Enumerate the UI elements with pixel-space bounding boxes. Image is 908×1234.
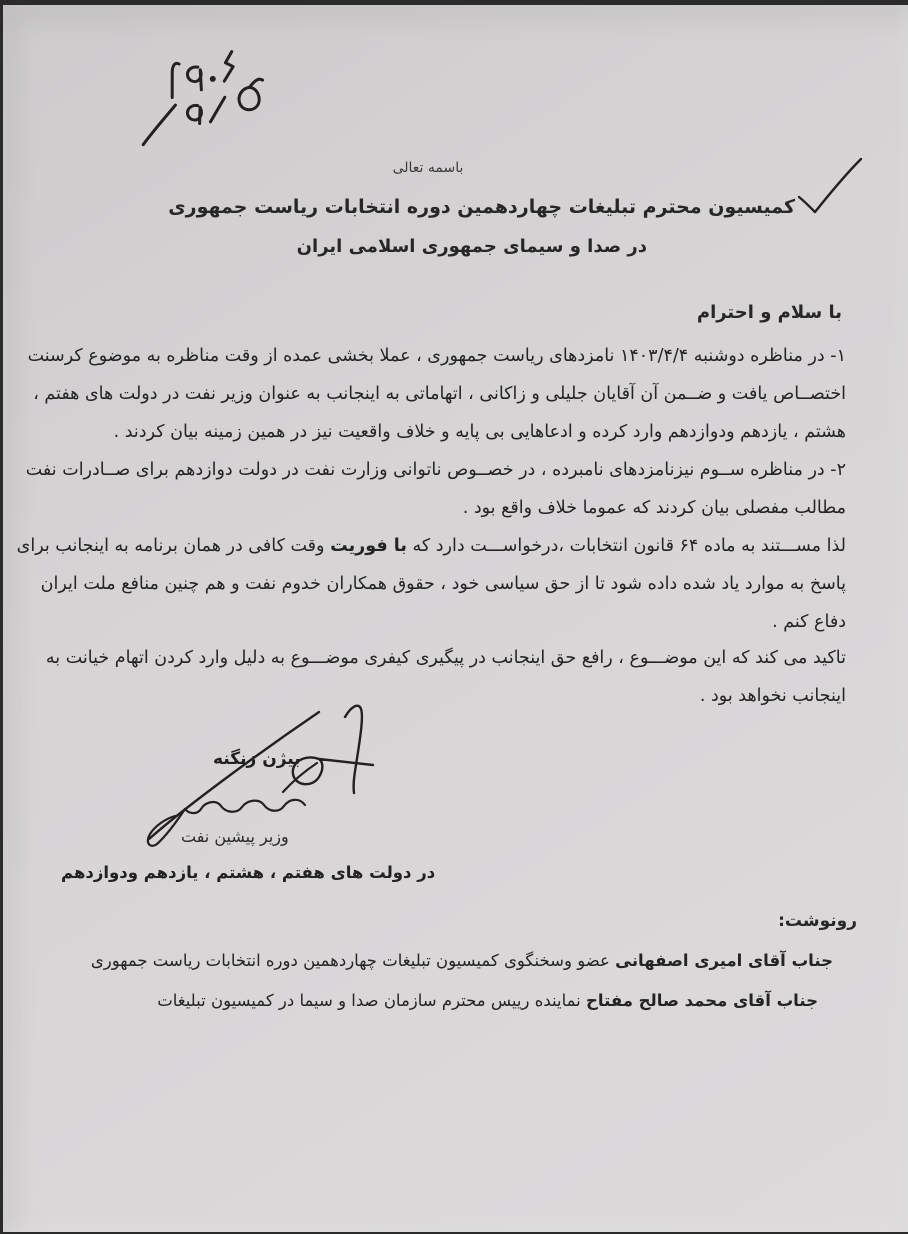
paragraph-1-line-3: هشتم ، یازدهم ودوازدهم وارد کرده و ادعاه… (63, 417, 846, 449)
paragraph-1-line-1: ۱- در مناظره دوشنبه ۱۴۰۳/۴/۴ نامزدهای ری… (63, 341, 846, 373)
photo-of-letter: { "page": { "handwritten_date": "۱۴۰۳/۴/… (0, 0, 908, 1234)
paragraph-3-line-2: پاسخ به موارد یاد شده داده شود تا از حق … (63, 569, 846, 601)
salutation: با سلام و احترام (697, 302, 842, 323)
cc-item-1: جناب آقای امیری اصفهانی عضو وسخنگوی کمیس… (91, 951, 833, 970)
handwritten-date-strokes (91, 32, 284, 159)
bismillah-line: باسمه تعالی (358, 160, 498, 176)
checkmark-icon (791, 151, 871, 229)
signatory-subtitle: در دولت های هفتم ، هشتم ، یازدهم ودوازده… (61, 863, 435, 882)
paragraph-3-line-1-post: وقت کافی در همان برنامه به اینجانب برای (17, 536, 330, 556)
signatory-title: وزیر پیشین نفت (181, 827, 289, 846)
cc-item-2: جناب آقای محمد صالح مفتاح نماینده رییس م… (157, 991, 818, 1010)
letter-paper: باسمه تعالی کمیسیون محترم تبلیغات چهارده… (3, 5, 908, 1232)
paragraph-3-line-3: دفاع کنم . (63, 607, 846, 639)
paragraph-1-line-2: اختصــاص یافت و ضــمن آن آقایان جلیلی و … (63, 379, 846, 411)
paragraph-4-line-1: تاکید می کند که این موضـــوع ، رافع حق ا… (63, 643, 846, 675)
cc-item-1-rest: عضو وسخنگوی کمیسیون تبلیغات چهاردهمین دو… (91, 951, 615, 970)
cc-item-1-name: جناب آقای امیری اصفهانی (615, 951, 833, 970)
cc-heading: رونوشت: (778, 911, 857, 931)
paragraph-3-line-1-pre: لذا مســـتند به ماده ۶۴ قانون انتخابات ،… (407, 536, 846, 556)
handwritten-date (91, 32, 284, 159)
paragraph-3-line-1: لذا مســـتند به ماده ۶۴ قانون انتخابات ،… (63, 531, 846, 563)
paragraph-2-line-1: ۲- در مناظره ســوم نیزنامزدهای نامبرده ،… (63, 455, 846, 487)
recipient-line-1: کمیسیون محترم تبلیغات چهاردهمین دوره انت… (168, 196, 795, 218)
cc-item-2-name: جناب آقای محمد صالح مفتاح (586, 991, 818, 1010)
recipient-line-2: در صدا و سیمای جمهوری اسلامی ایران (297, 236, 647, 257)
paragraph-2-line-2: مطالب مفصلی بیان کردند که عموما خلاف واق… (63, 493, 846, 525)
paragraph-3-line-1-bold: با فوریت (330, 536, 407, 556)
cc-item-2-rest: نماینده رییس محترم سازمان صدا و سیما در … (157, 991, 586, 1010)
